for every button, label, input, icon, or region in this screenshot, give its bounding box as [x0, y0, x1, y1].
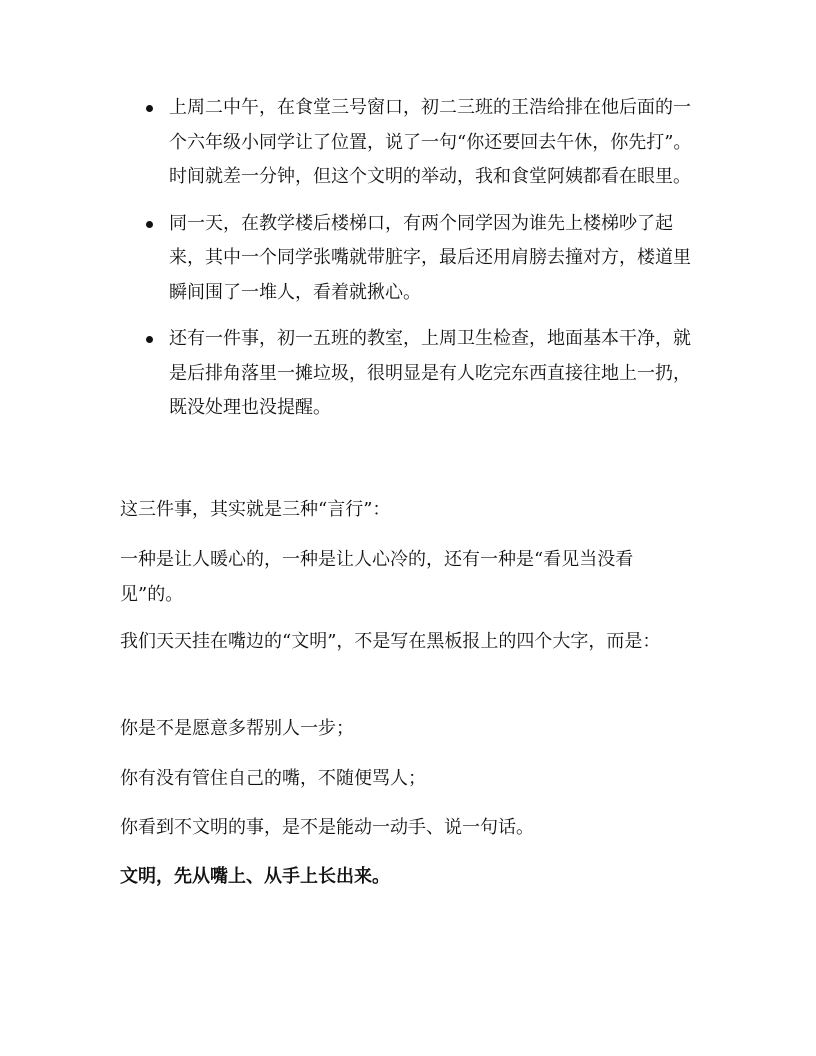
bullet-dot-icon: [146, 336, 153, 343]
bullet-dot-icon: [146, 221, 153, 228]
paragraph-summary: 这三件事，其实就是三种“言行”：: [120, 493, 680, 528]
paragraph-question-help: 你是不是愿意多帮别人一步；: [120, 712, 680, 747]
bullet-text: 还有一件事，初一五班的教室，上周卫生检查，地面基本干净，就是后排角落里一摊垃圾，…: [169, 328, 691, 418]
bullet-list: 上周二中午，在食堂三号窗口，初二三班的王浩给排在他后面的一个六年级小同学让了位置…: [146, 91, 706, 438]
paragraph-question-action: 你看到不文明的事，是不是能动一动手、说一句话。: [120, 811, 680, 846]
bullet-dot-icon: [146, 105, 153, 112]
paragraph-civility-meaning: 我们天天挂在嘴边的“文明”，不是写在黑板报上的四个大字，而是：: [120, 625, 668, 660]
bullet-item: 还有一件事，初一五班的教室，上周卫生检查，地面基本干净，就是后排角落里一摊垃圾，…: [146, 322, 693, 426]
bullet-item: 同一天，在教学楼后楼梯口，有两个同学因为谁先上楼梯吵了起来，其中一个同学张嘴就带…: [146, 207, 693, 311]
bullet-text: 上周二中午，在食堂三号窗口，初二三班的王浩给排在他后面的一个六年级小同学让了位置…: [169, 97, 691, 187]
paragraph-question-speech: 你有没有管住自己的嘴，不随便骂人；: [120, 762, 680, 797]
paragraph-conclusion: 文明，先从嘴上、从手上长出来。: [120, 860, 680, 895]
paragraph-three-kinds: 一种是让人暖心的，一种是让人心冷的，还有一种是“看见当没看见”的。: [120, 543, 668, 612]
bullet-text: 同一天，在教学楼后楼梯口，有两个同学因为谁先上楼梯吵了起来，其中一个同学张嘴就带…: [169, 213, 691, 303]
bullet-item: 上周二中午，在食堂三号窗口，初二三班的王浩给排在他后面的一个六年级小同学让了位置…: [146, 91, 693, 195]
document-page: 上周二中午，在食堂三号窗口，初二三班的王浩给排在他后面的一个六年级小同学让了位置…: [0, 0, 816, 1056]
